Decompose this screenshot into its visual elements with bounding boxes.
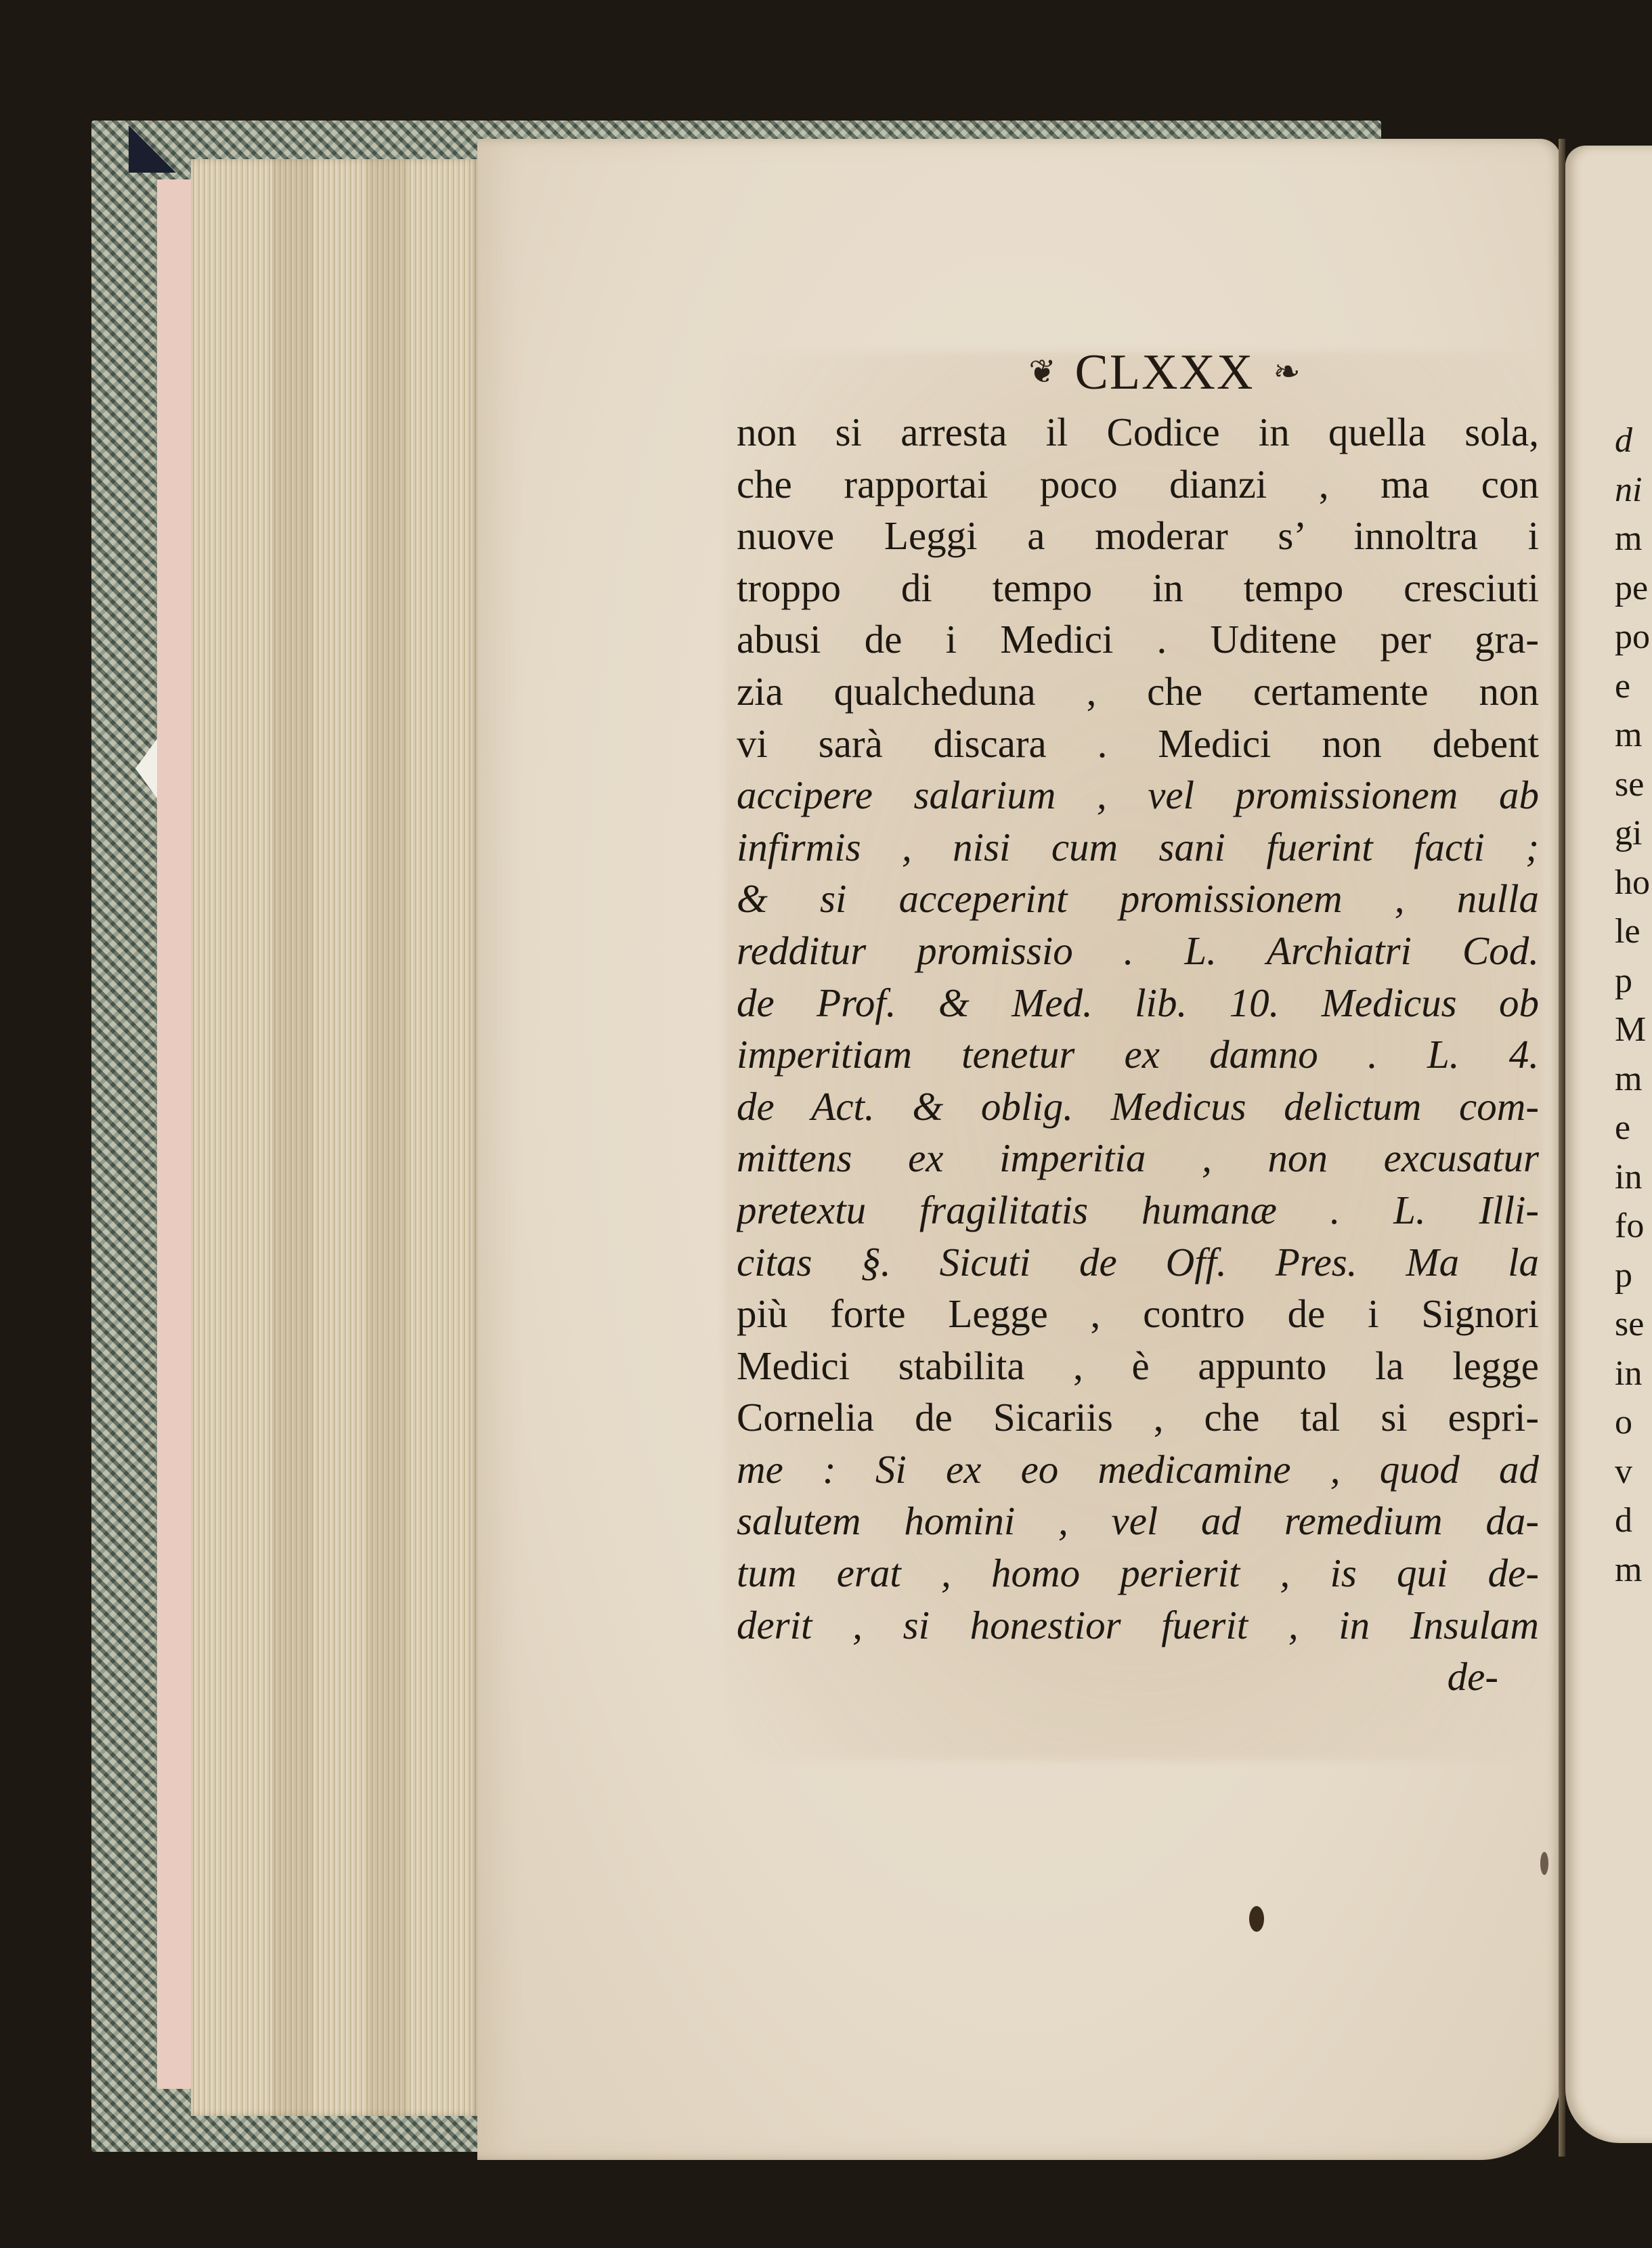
fragment: po (1615, 613, 1652, 662)
ink-spot (1249, 1906, 1264, 1932)
gutter (1559, 139, 1565, 2157)
fragment: se (1615, 1300, 1652, 1349)
fragment: in (1615, 1153, 1652, 1203)
text-line: accipere salarium , vel promissionem ab (737, 769, 1539, 821)
fragment: ho (1615, 859, 1652, 908)
text-line: redditur promissio . L. Archiatri Cod. (737, 925, 1539, 977)
running-header: ❦ CLXXX ❧ (961, 342, 1368, 403)
facing-page-text-fragments: d ni m pe po e m se gi ho le p M m e in … (1615, 416, 1652, 1595)
text-line: infirmis , nisi cum sani fuerint facti ; (737, 821, 1539, 873)
fragment: m (1615, 1055, 1652, 1104)
fragment: d (1615, 1496, 1652, 1546)
text-line: troppo di tempo in tempo cresciuti (737, 562, 1539, 614)
text-line: imperitiam tenetur ex damno . L. 4. (737, 1029, 1539, 1081)
pink-endpaper (157, 179, 196, 2089)
fore-edge-shade (367, 159, 408, 2116)
text-line: zia qualcheduna , che certamente non (737, 666, 1539, 718)
text-line: & si acceperint promissionem , nulla (737, 873, 1539, 925)
text-line: Medici stabilita , è appunto la legge (737, 1340, 1539, 1392)
fragment: m (1615, 515, 1652, 564)
ink-spot (1540, 1852, 1548, 1875)
fragment: e (1615, 1104, 1652, 1153)
fragment: in (1615, 1349, 1652, 1399)
text-line: che rapportai poco dianzi , ma con (737, 458, 1539, 511)
fore-edge-shade (272, 159, 313, 2116)
fragment: m (1615, 711, 1652, 760)
text-line: più forte Legge , contro de i Signori (737, 1288, 1539, 1340)
text-line: salutem homini , vel ad remedium da- (737, 1495, 1539, 1547)
fragment: ni (1615, 466, 1652, 515)
fragment: m (1615, 1546, 1652, 1595)
fragment: gi (1615, 809, 1652, 859)
fragment: se (1615, 760, 1652, 810)
text-line: de Act. & oblig. Medicus delictum com- (737, 1081, 1539, 1133)
text-line: nuove Leggi a moderar s’ innoltra i (737, 510, 1539, 562)
fragment: M (1615, 1006, 1652, 1055)
text-line: me : Si ex eo medicamine , quod ad (737, 1444, 1539, 1496)
page-number: CLXXX (1075, 347, 1255, 397)
text-line: citas §. Sicuti de Off. Pres. Ma la (737, 1236, 1539, 1289)
fragment: p (1615, 957, 1652, 1006)
fragment: le (1615, 907, 1652, 957)
text-line: pretextu fragilitatis humanæ . L. Illi- (737, 1184, 1539, 1236)
body-text: non si arresta il Codice in quella sola,… (737, 406, 1539, 1703)
fragment: pe (1615, 564, 1652, 613)
catchword: de- (737, 1651, 1539, 1703)
fragment: o (1615, 1398, 1652, 1448)
fragment: fo (1615, 1202, 1652, 1251)
fragment: e (1615, 662, 1652, 712)
text-line: abusi de i Medici . Uditene per gra- (737, 613, 1539, 666)
text-line: mittens ex imperitia , non excusatur (737, 1132, 1539, 1184)
text-line: vi sarà discara . Medici non debent (737, 718, 1539, 770)
ornament-right-icon: ❧ (1273, 356, 1300, 389)
fragment: v (1615, 1448, 1652, 1497)
fragment: p (1615, 1251, 1652, 1301)
text-line: tum erat , homo perierit , is qui de- (737, 1547, 1539, 1599)
fragment: d (1615, 416, 1652, 466)
text-line: Cornelia de Sicariis , che tal si espri- (737, 1391, 1539, 1444)
ornament-left-icon: ❦ (1028, 356, 1056, 389)
text-line: derit , si honestior fuerit , in Insulam (737, 1599, 1539, 1651)
page-block-fore-edge (191, 159, 479, 2116)
text-line: non si arresta il Codice in quella sola, (737, 406, 1539, 458)
text-line: de Prof. & Med. lib. 10. Medicus ob (737, 977, 1539, 1029)
